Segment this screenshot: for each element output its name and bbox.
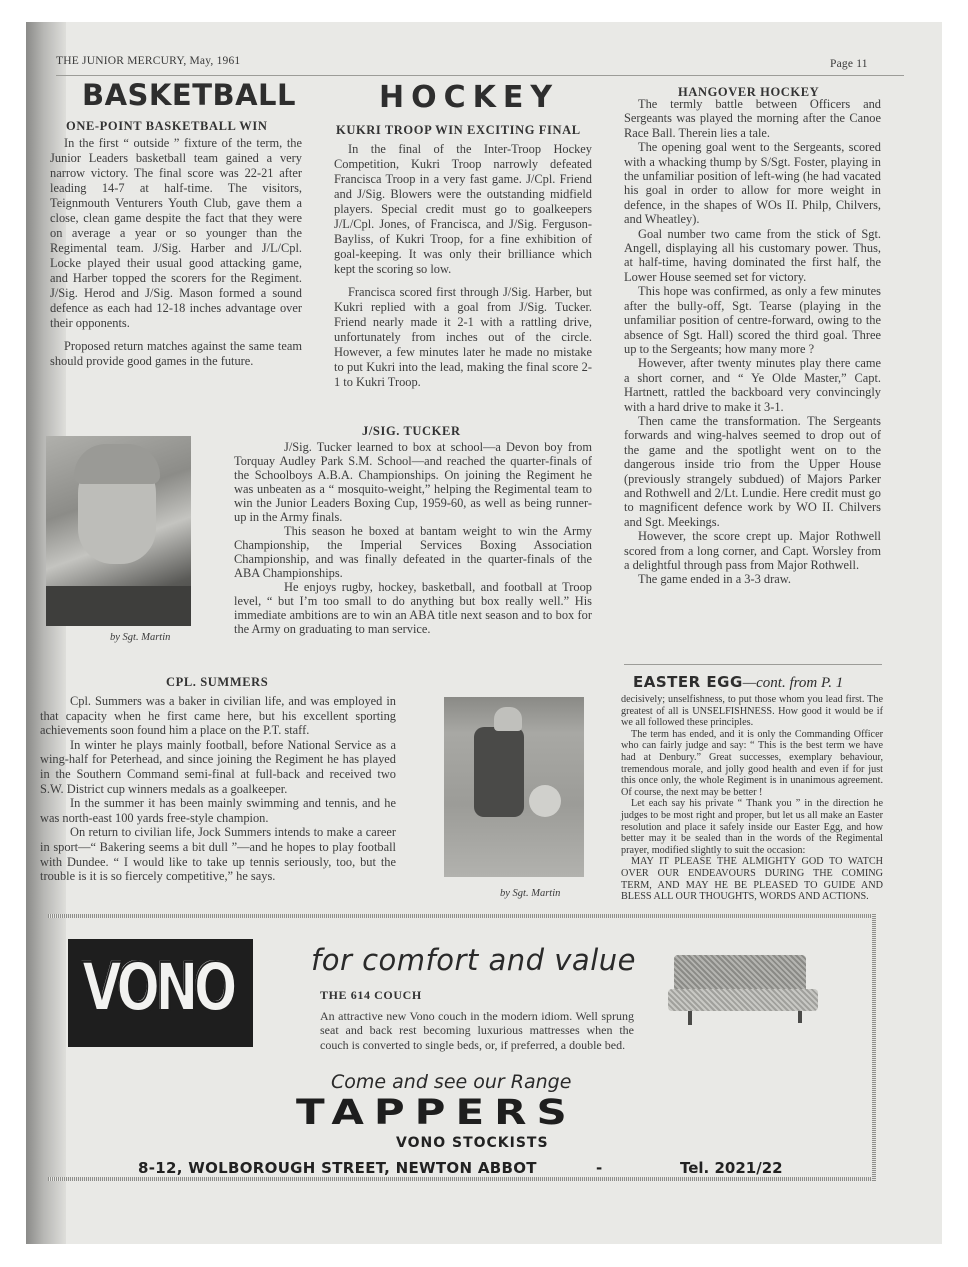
hangover-paragraph: Then came the transformation. The Sergea…: [624, 414, 881, 529]
couch-photo: [664, 955, 824, 1025]
easter-paragraph: MAY IT PLEASE THE ALMIGHTY GOD TO WATCH …: [621, 856, 883, 902]
header-rule: [56, 75, 904, 76]
easter-paragraph: decisively; unselfishness, to put those …: [621, 694, 883, 729]
hangover-paragraph: The opening goal went to the Sergeants, …: [624, 140, 881, 226]
product-title: THE 614 COUCH: [320, 988, 422, 1003]
tucker-article: J/Sig. Tucker learned to box at school—a…: [234, 440, 592, 636]
hockey-headline: KUKRI TROOP WIN EXCITING FINAL: [336, 123, 581, 138]
tucker-headline: J/SIG. TUCKER: [362, 424, 461, 439]
couch-leg-left: [688, 1011, 692, 1025]
player-body-shape: [474, 727, 524, 817]
hair-shape: [74, 444, 160, 484]
basketball-headline: ONE-POINT BASKETBALL WIN: [66, 119, 268, 134]
basketball-paragraph: In the first “ outside ” fixture of the …: [50, 136, 302, 331]
page-number: Page 11: [830, 58, 868, 70]
tucker-paragraph: J/Sig. Tucker learned to box at school—a…: [234, 440, 592, 524]
summers-action-photo: [444, 697, 584, 877]
couch-seat-shape: [668, 989, 818, 1011]
easter-paragraph: Let each say his private “ Thank you ” i…: [621, 798, 883, 856]
stockist-address: 8-12, WOLBOROUGH STREET, NEWTON ABBOT: [138, 1159, 537, 1177]
summers-paragraph: In the summer it has been mainly swimmin…: [40, 796, 396, 825]
easter-continued-note: —cont. from P. 1: [743, 675, 843, 691]
hockey-paragraph: Francisca scored first through J/Sig. Ha…: [334, 285, 592, 390]
hockey-paragraph: In the final of the Inter-Troop Hockey C…: [334, 142, 592, 277]
easter-heading: EASTER EGG—cont. from P. 1: [633, 673, 843, 692]
hangover-paragraph: This hope was confirmed, as only a few m…: [624, 284, 881, 356]
advert-border-top: [48, 914, 876, 918]
hangover-paragraph: However, after twenty minutes play there…: [624, 356, 881, 414]
running-title: THE JUNIOR MERCURY, May, 1961: [56, 55, 240, 67]
advert-border-bottom: [48, 1177, 876, 1181]
summers-paragraph: On return to civilian life, Jock Summers…: [40, 825, 396, 883]
easter-article: decisively; unselfishness, to put those …: [621, 694, 883, 903]
couch-back-shape: [674, 955, 806, 993]
jacket-shape: [46, 586, 191, 626]
tucker-portrait-photo: [46, 436, 191, 626]
magazine-page: THE JUNIOR MERCURY, May, 1961 Page 11 BA…: [26, 22, 942, 1244]
hockey-article: In the final of the Inter-Troop Hockey C…: [334, 142, 592, 390]
product-description: An attractive new Vono couch in the mode…: [320, 1009, 634, 1052]
summers-paragraph: Cpl. Summers was a baker in civilian lif…: [40, 694, 396, 738]
hangover-paragraph: However, the score crept up. Major Rothw…: [624, 529, 881, 572]
hangover-article: The termly battle between Officers and S…: [624, 97, 881, 587]
basketball-section-title: BASKETBALL: [82, 78, 296, 112]
summers-headline: CPL. SUMMERS: [166, 675, 268, 690]
vono-logo-text: VONO: [82, 949, 233, 1026]
tucker-photo-caption: by Sgt. Martin: [110, 632, 170, 643]
tucker-paragraph: This season he boxed at bantam weight to…: [234, 524, 592, 580]
player-head-shape: [494, 707, 522, 731]
address-separator: -: [596, 1159, 602, 1177]
vono-logo: VONO: [68, 939, 253, 1047]
summers-article: Cpl. Summers was a baker in civilian lif…: [40, 694, 396, 884]
stockist-telephone: Tel. 2021/22: [680, 1159, 783, 1177]
hangover-paragraph: The termly battle between Officers and S…: [624, 97, 881, 140]
couch-leg-right: [798, 1011, 802, 1023]
tucker-paragraph: He enjoys rugby, hockey, basketball, and…: [234, 580, 592, 636]
basketball-article: In the first “ outside ” fixture of the …: [50, 136, 302, 369]
summers-photo-caption: by Sgt. Martin: [500, 888, 560, 899]
advert-tagline: for comfort and value: [311, 943, 636, 977]
hangover-paragraph: Goal number two came from the stick of S…: [624, 227, 881, 285]
hangover-paragraph: The game ended in a 3-3 draw.: [624, 572, 881, 586]
ball-shape: [529, 785, 561, 817]
call-to-action: Come and see our Range: [331, 1071, 571, 1093]
stockist-subtitle: VONO STOCKISTS: [396, 1135, 549, 1151]
column-divider-rule: [624, 664, 882, 665]
hockey-section-title: HOCKEY: [379, 80, 559, 115]
basketball-paragraph: Proposed return matches against the same…: [50, 339, 302, 369]
easter-paragraph: The term has ended, and it is only the C…: [621, 729, 883, 799]
summers-paragraph: In winter he plays mainly football, befo…: [40, 738, 396, 796]
stockist-name: TAPPERS: [296, 1092, 577, 1132]
advert-border-right: [872, 914, 876, 1181]
easter-headline: EASTER EGG: [633, 673, 743, 691]
